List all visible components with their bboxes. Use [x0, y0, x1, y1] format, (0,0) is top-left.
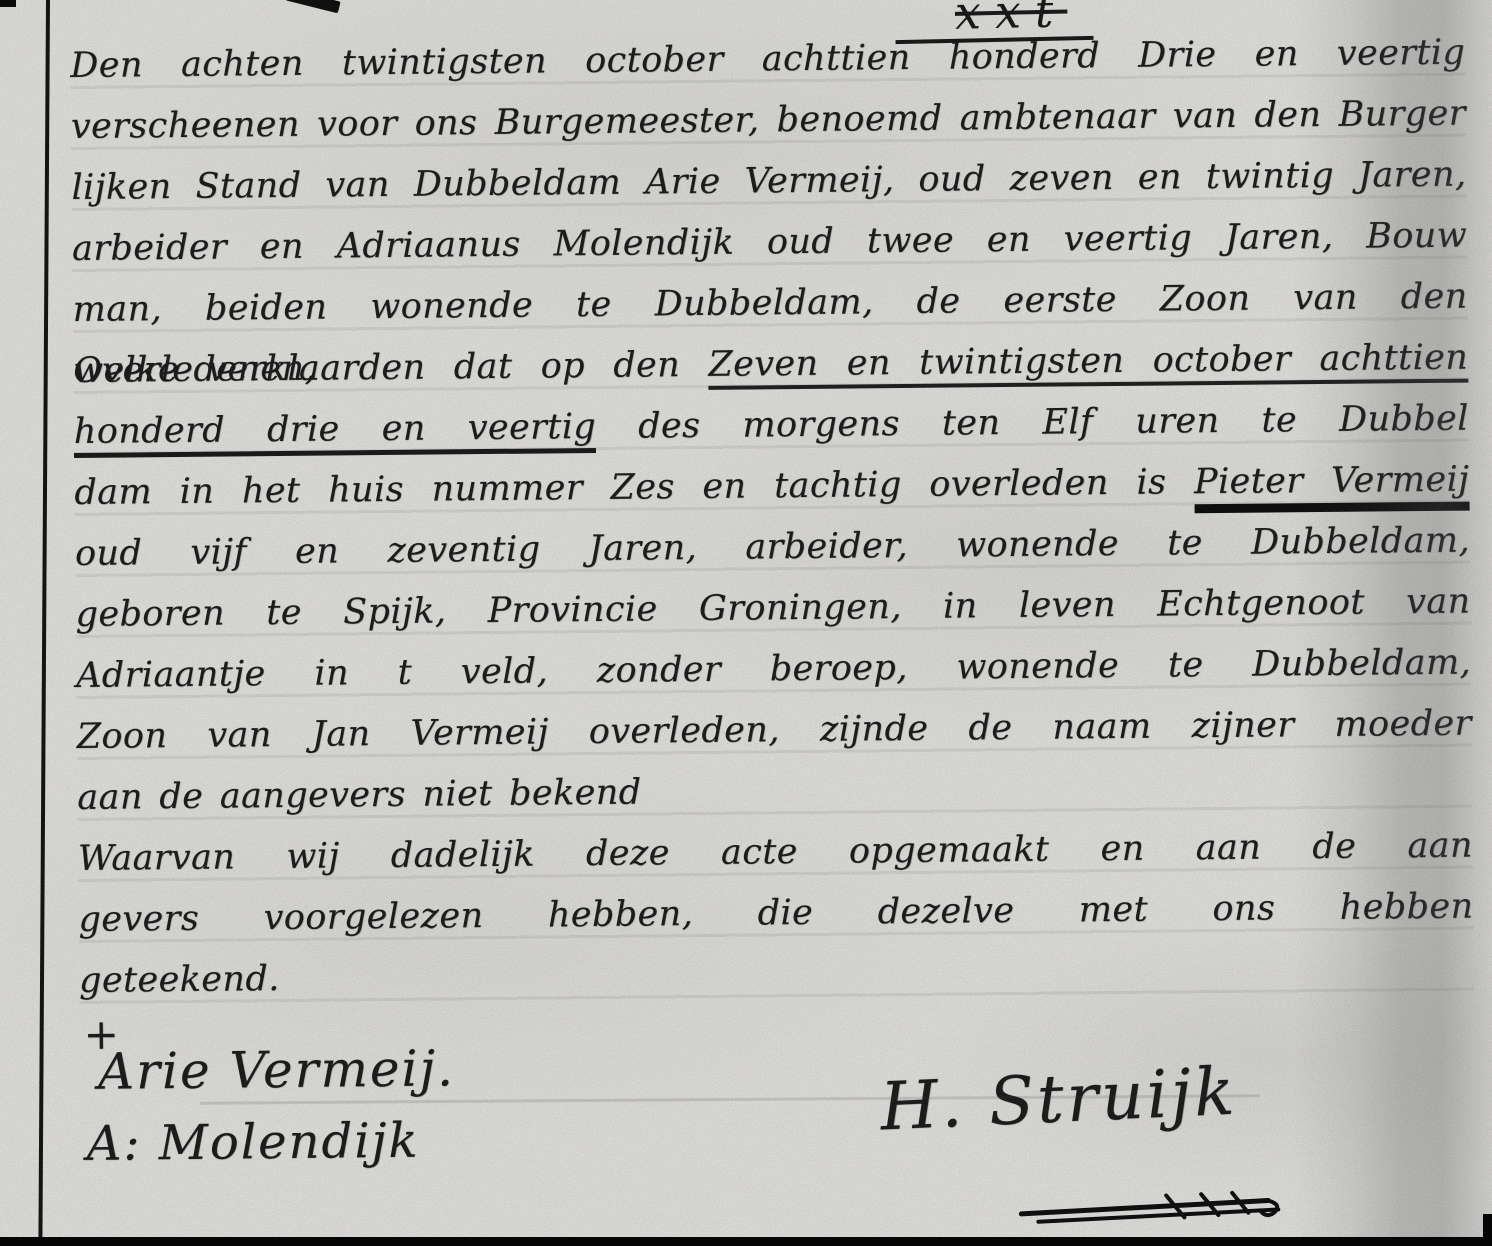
- scan-top-partial-stroke: [285, 0, 340, 13]
- line-text: geboren te Spijk, Provincie Groningen, i…: [75, 582, 1470, 635]
- line-text: arbeider en Adriaanus Molendijk oud twee…: [72, 216, 1467, 269]
- signature-arie-vermeij: Arie Vermeij.: [98, 1038, 455, 1102]
- left-margin-rule: [38, 0, 50, 1237]
- underlined-phrase-death-date: Zeven en twintigsten october achttien: [708, 338, 1468, 390]
- line-text: oud vijf en zeventig Jaren, arbeider, wo…: [75, 521, 1470, 574]
- scan-bottom-edge: [0, 1237, 1492, 1246]
- line-text: lijken Stand van Dubbeldam Arie Vermeij,…: [71, 155, 1466, 208]
- signature-flourish: [1016, 1184, 1296, 1229]
- line-text: Den achten twintigsten october achttien …: [70, 33, 1465, 86]
- line-text: verscheenen voor ons Burgemeester, benoe…: [71, 94, 1466, 147]
- manuscript-text: Den achten twintigsten october achttien …: [70, 23, 1476, 1238]
- line-text: Adriaantje in t veld, zonder beroep, won…: [76, 643, 1471, 696]
- underlined-phrase-death-year: honderd drie en veertig: [74, 407, 597, 458]
- line-text: welke verklaarden dat op den: [73, 345, 709, 391]
- line-text: des morgens ten Elf uren te Dubbel: [596, 399, 1469, 447]
- signature-a-molendijk: A: Molendijk: [86, 1111, 419, 1175]
- underlined-phrase-deceased-name: Pieter Vermeij: [1194, 460, 1470, 514]
- scan-top-edge-mark: [0, 0, 16, 7]
- document-scan: xxt Den achten twintigsten october achtt…: [0, 0, 1492, 1246]
- scan-bottom-right-edge: [1483, 1214, 1492, 1240]
- line-text: dam in het huis nummer Zes en tachtig ov…: [74, 462, 1194, 513]
- line-text: aan de aangevers niet bekend: [77, 773, 642, 818]
- line-text: Zoon van Jan Vermeij overleden, zijnde d…: [77, 704, 1472, 757]
- line-text: gevers voorgelezen hebben, die dezelve m…: [78, 887, 1473, 940]
- manuscript-lines: Den achten twintigsten october achttien …: [70, 23, 1474, 1012]
- line-text: Waarvan wij dadelijk deze acte opgemaakt…: [78, 826, 1473, 879]
- line-text: geteekend.: [79, 959, 280, 1001]
